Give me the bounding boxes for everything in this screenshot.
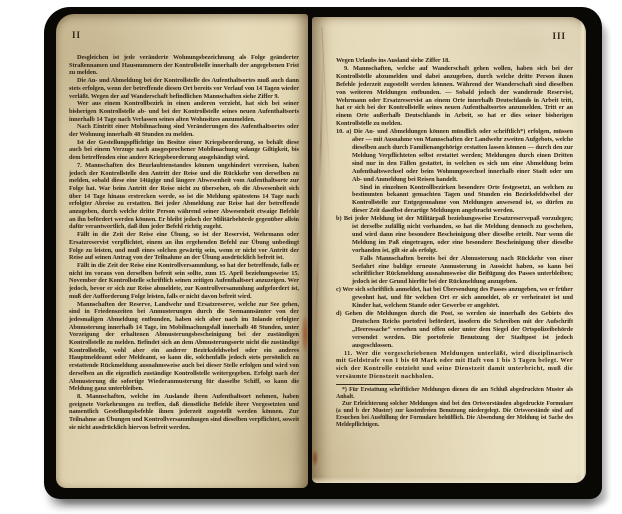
footnote: *) Für Erstattung schriftlicher Meldunge…	[336, 387, 573, 401]
paragraph: 7. Mannschaften des Beurlaubtenstandes k…	[69, 162, 299, 231]
paragraph-item-c: c) Wer sich schriftlich anmeldet, hat be…	[336, 286, 573, 310]
page-stack-edge	[579, 17, 586, 483]
footnote: Zur Erleichterung solcher Meldungen sind…	[336, 401, 573, 429]
paragraph: 8. Mannschaften, welche im Auslande ihre…	[69, 393, 299, 432]
paragraph: Nach Eintritt einer Mobilmachung sind Ve…	[69, 123, 299, 138]
paragraph: Wegen Urlaubs ins Ausland siehe Ziffer 1…	[336, 57, 573, 65]
paragraph: 9. Mannschaften, welche auf Wanderschaft…	[336, 65, 573, 128]
paragraph: Fällt in die Zeit der Reise eine Übung, …	[69, 231, 299, 262]
ink-stain	[298, 306, 308, 362]
paragraph: Die An- und Abmeldung bei der Kontrollst…	[69, 77, 299, 100]
paper-crease	[314, 47, 325, 377]
page-left-text-column: Desgleichen ist jede veränderte Wohnungs…	[69, 54, 299, 484]
paragraph: Desgleichen ist jede veränderte Wohnungs…	[69, 54, 299, 77]
scanned-book-spread: II Desgleichen ist jede veränderte Wohnu…	[44, 7, 602, 499]
paragraph-item-d: d) Gehen die Meldungen durch die Post, s…	[336, 310, 573, 350]
paragraph: Sind in einzelnen Kontrollbezirken beson…	[336, 184, 573, 216]
footnote-separator-rule	[336, 384, 400, 385]
page-right-text-column: Wegen Urlaubs ins Ausland siehe Ziffer 1…	[336, 57, 573, 479]
paragraph-item-11: 11. Wer die vorgeschriebenen Meldungen u…	[336, 350, 573, 382]
paragraph-item-b: b) Bei jeder Meldung ist der Militärpaß …	[336, 215, 573, 255]
paragraph: Fällt in die Zeit der Reise eine Kontrol…	[69, 262, 299, 301]
page-left: II Desgleichen ist jede veränderte Wohnu…	[56, 14, 308, 488]
page-number-left: II	[72, 30, 81, 40]
page-number-right: III	[552, 31, 566, 41]
paragraph-item-10a: 10. a) Die An- und Abmeldungen können mü…	[336, 128, 573, 183]
ink-stain	[312, 445, 321, 471]
page-right: III Wegen Urlaubs ins Ausland siehe Ziff…	[312, 17, 586, 483]
paper-crease	[321, 27, 331, 207]
footnotes: *) Für Erstattung schriftlicher Meldunge…	[336, 387, 573, 429]
paragraph: Wer aus einem Kontrollbezirk in einen an…	[69, 100, 299, 123]
page-edge-highlight	[312, 477, 586, 483]
paragraph: Mannschaften der Reserve, Landwehr und E…	[69, 301, 299, 393]
paragraph: Falls Mannschaften bereits bei der Abmus…	[336, 255, 573, 287]
paragraph: Ist der Gestellungspflichtige im Besitze…	[69, 139, 299, 162]
